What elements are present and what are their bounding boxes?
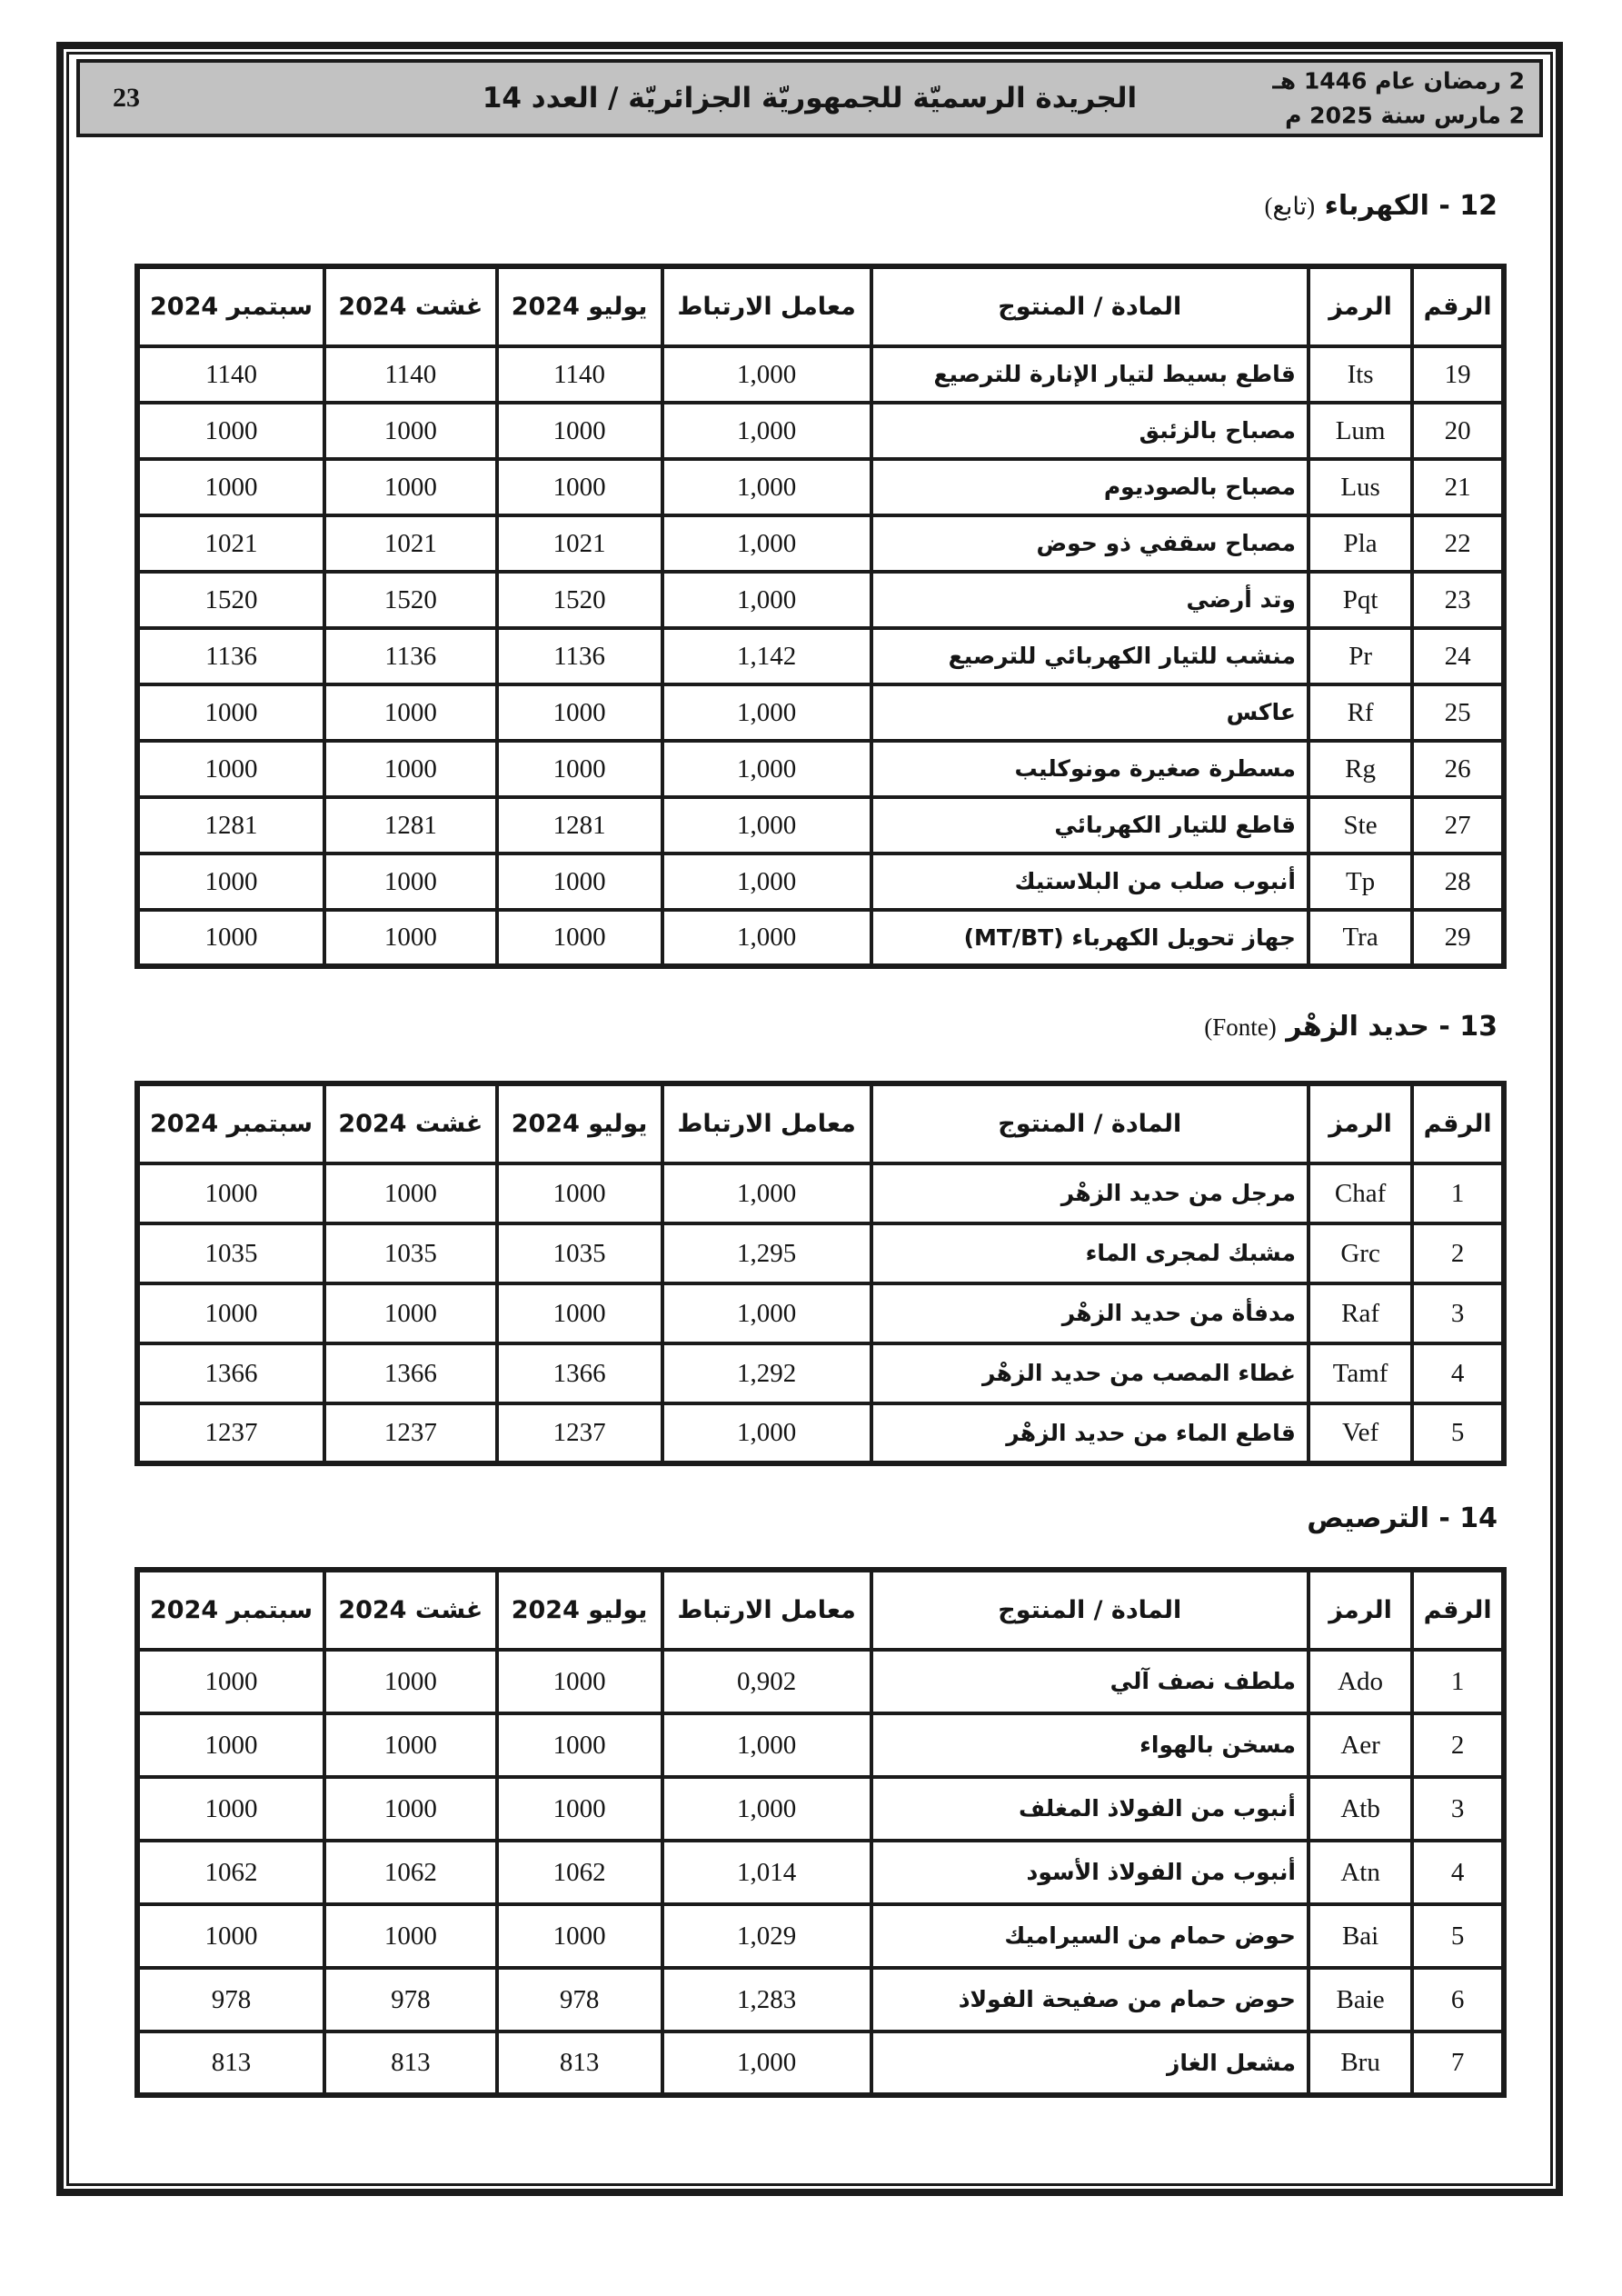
cell-july: 1000 <box>497 684 662 741</box>
cell-september: 1062 <box>137 1841 324 1904</box>
cell-september: 1000 <box>137 1904 324 1968</box>
cell-july: 1140 <box>497 346 662 403</box>
col-header-august: غشت 2024 <box>324 266 497 346</box>
cell-july: 1281 <box>497 797 662 854</box>
cell-september: 1366 <box>137 1343 324 1403</box>
table-row: 1Chafمرجل من حديد الزهْر1,00010001000100… <box>137 1163 1504 1223</box>
col-header-product: المادة / المنتوج <box>871 266 1309 346</box>
table-row: 21Lusمصباح بالصوديوم1,000100010001000 <box>137 459 1504 515</box>
cell-number: 29 <box>1412 910 1504 966</box>
cell-code: Pr <box>1309 628 1412 684</box>
cell-product: مسخن بالهواء <box>871 1713 1309 1777</box>
table-row: 22Plaمصباح سقفي ذو حوض1,000102110211021 <box>137 515 1504 572</box>
cell-coefficient: 1,000 <box>662 2031 871 2095</box>
col-header-product: المادة / المنتوج <box>871 1083 1309 1163</box>
col-header-number: الرقم <box>1412 1570 1504 1650</box>
journal-title: الجريدة الرسميّة للجمهوريّة الجزائريّة /… <box>483 82 1137 115</box>
table-body: 19Itsقاطع بسيط لتيار الإنارة للترصيع1,00… <box>137 346 1504 966</box>
section-title-suffix: (تابع) <box>1265 193 1316 220</box>
cell-august: 1000 <box>324 1283 497 1343</box>
cell-code: Chaf <box>1309 1163 1412 1223</box>
cell-august: 1000 <box>324 1777 497 1841</box>
section-title-suffix: (Fonte) <box>1204 1013 1277 1041</box>
col-header-coefficient: معامل الارتباط <box>662 1570 871 1650</box>
cell-code: Tamf <box>1309 1343 1412 1403</box>
table-header-row: الرقم الرمز المادة / المنتوج معامل الارت… <box>137 1083 1504 1163</box>
cell-september: 1000 <box>137 684 324 741</box>
cell-product: قاطع بسيط لتيار الإنارة للترصيع <box>871 346 1309 403</box>
cell-september: 978 <box>137 1968 324 2031</box>
cell-product: أنبوب من الفولاذ المغلف <box>871 1777 1309 1841</box>
col-header-september: سبتمبر 2024 <box>137 1083 324 1163</box>
cell-august: 1281 <box>324 797 497 854</box>
cell-code: Baie <box>1309 1968 1412 2031</box>
cell-august: 1021 <box>324 515 497 572</box>
cell-product: مشبك لمجرى الماء <box>871 1223 1309 1283</box>
cell-code: Ste <box>1309 797 1412 854</box>
cell-number: 3 <box>1412 1283 1504 1343</box>
cell-august: 1136 <box>324 628 497 684</box>
table-row: 27Steقاطع للتيار الكهربائي1,000128112811… <box>137 797 1504 854</box>
col-header-code: الرمز <box>1309 1570 1412 1650</box>
table-row: 5Baiحوض حمام من السيراميك1,0291000100010… <box>137 1904 1504 1968</box>
cell-coefficient: 1,000 <box>662 797 871 854</box>
section-title-text: 12 - الكهرباء <box>1325 190 1498 222</box>
col-header-code: الرمز <box>1309 1083 1412 1163</box>
col-header-august: غشت 2024 <box>324 1570 497 1650</box>
cell-august: 813 <box>324 2031 497 2095</box>
page-number: 23 <box>113 83 140 114</box>
cell-july: 1000 <box>497 1904 662 1968</box>
cell-coefficient: 1,000 <box>662 1403 871 1463</box>
cell-september: 1520 <box>137 572 324 628</box>
cell-july: 1000 <box>497 854 662 910</box>
table-body: 1Adoملطف نصف آلي0,9021000100010002Aerمسخ… <box>137 1650 1504 2095</box>
table-header-row: الرقم الرمز المادة / المنتوج معامل الارت… <box>137 266 1504 346</box>
cell-september: 1140 <box>137 346 324 403</box>
cell-number: 6 <box>1412 1968 1504 2031</box>
cell-september: 1000 <box>137 1163 324 1223</box>
cell-product: مصباح بالصوديوم <box>871 459 1309 515</box>
cell-number: 5 <box>1412 1403 1504 1463</box>
cell-september: 1000 <box>137 1713 324 1777</box>
col-header-september: سبتمبر 2024 <box>137 1570 324 1650</box>
cell-september: 1000 <box>137 1777 324 1841</box>
cell-product: عاكس <box>871 684 1309 741</box>
col-header-number: الرقم <box>1412 266 1504 346</box>
cell-august: 1000 <box>324 1713 497 1777</box>
cell-coefficient: 1,000 <box>662 684 871 741</box>
cell-september: 1021 <box>137 515 324 572</box>
cell-number: 26 <box>1412 741 1504 797</box>
cell-number: 28 <box>1412 854 1504 910</box>
cell-number: 5 <box>1412 1904 1504 1968</box>
cell-code: Atn <box>1309 1841 1412 1904</box>
cell-august: 1366 <box>324 1343 497 1403</box>
cell-july: 1366 <box>497 1343 662 1403</box>
cell-coefficient: 1,295 <box>662 1223 871 1283</box>
cell-code: Ado <box>1309 1650 1412 1713</box>
gazette-page: { "header": { "page_number": "23", "titl… <box>0 0 1622 2296</box>
cell-coefficient: 0,902 <box>662 1650 871 1713</box>
cell-number: 4 <box>1412 1343 1504 1403</box>
section-title-text: 13 - حديد الزهْر <box>1286 1011 1498 1043</box>
cell-september: 1237 <box>137 1403 324 1463</box>
cell-code: Raf <box>1309 1283 1412 1343</box>
cell-august: 1000 <box>324 1904 497 1968</box>
table-row: 28Tpأنبوب صلب من البلاستيك1,000100010001… <box>137 854 1504 910</box>
cell-august: 1000 <box>324 854 497 910</box>
cell-coefficient: 1,000 <box>662 459 871 515</box>
cell-july: 1000 <box>497 1283 662 1343</box>
cell-product: مصباح سقفي ذو حوض <box>871 515 1309 572</box>
cell-number: 3 <box>1412 1777 1504 1841</box>
section-title-text: 14 - الترصيص <box>1307 1502 1498 1534</box>
cell-product: منشب للتيار الكهربائي للترصيع <box>871 628 1309 684</box>
cell-august: 1000 <box>324 1163 497 1223</box>
cell-code: Tp <box>1309 854 1412 910</box>
date-hijri: 2 رمضان عام 1446 هـ <box>1272 65 1525 99</box>
cell-september: 1000 <box>137 910 324 966</box>
cell-july: 1021 <box>497 515 662 572</box>
col-header-code: الرمز <box>1309 266 1412 346</box>
col-header-product: المادة / المنتوج <box>871 1570 1309 1650</box>
cell-product: مرجل من حديد الزهْر <box>871 1163 1309 1223</box>
table-row: 3Atbأنبوب من الفولاذ المغلف1,00010001000… <box>137 1777 1504 1841</box>
cell-coefficient: 1,000 <box>662 854 871 910</box>
cell-july: 1000 <box>497 1650 662 1713</box>
page-frame: 23 الجريدة الرسميّة للجمهوريّة الجزائريّ… <box>56 42 1563 2196</box>
cell-number: 27 <box>1412 797 1504 854</box>
table-body: 1Chafمرجل من حديد الزهْر1,00010001000100… <box>137 1163 1504 1463</box>
cell-product: قاطع الماء من حديد الزهْر <box>871 1403 1309 1463</box>
cell-july: 1062 <box>497 1841 662 1904</box>
section-title-cast-iron: 13 - حديد الزهْر (Fonte) <box>134 1011 1498 1043</box>
table-row: 24Prمنشب للتيار الكهربائي للترصيع1,14211… <box>137 628 1504 684</box>
cell-july: 1000 <box>497 741 662 797</box>
cell-july: 813 <box>497 2031 662 2095</box>
cell-code: Rg <box>1309 741 1412 797</box>
page-inner-frame: 23 الجريدة الرسميّة للجمهوريّة الجزائريّ… <box>66 52 1553 2186</box>
table-row: 25Rfعاكس1,000100010001000 <box>137 684 1504 741</box>
cell-coefficient: 1,000 <box>662 1163 871 1223</box>
table-row: 3Rafمدفأة من حديد الزهْر1,00010001000100… <box>137 1283 1504 1343</box>
cell-coefficient: 1,000 <box>662 1713 871 1777</box>
cell-number: 22 <box>1412 515 1504 572</box>
cell-number: 23 <box>1412 572 1504 628</box>
date-gregorian: 2 مارس سنة 2025 م <box>1272 98 1525 133</box>
cell-september: 1281 <box>137 797 324 854</box>
cell-code: Bru <box>1309 2031 1412 2095</box>
cell-code: Pqt <box>1309 572 1412 628</box>
cell-product: مصباح بالزئبق <box>871 403 1309 459</box>
cell-coefficient: 1,292 <box>662 1343 871 1403</box>
cell-july: 1136 <box>497 628 662 684</box>
cell-coefficient: 1,283 <box>662 1968 871 2031</box>
cell-july: 1000 <box>497 1163 662 1223</box>
cell-number: 7 <box>1412 2031 1504 2095</box>
cell-august: 1000 <box>324 403 497 459</box>
cell-august: 978 <box>324 1968 497 2031</box>
cell-code: Grc <box>1309 1223 1412 1283</box>
col-header-july: يوليو 2024 <box>497 266 662 346</box>
cell-number: 19 <box>1412 346 1504 403</box>
col-header-september: سبتمبر 2024 <box>137 266 324 346</box>
cell-product: مدفأة من حديد الزهْر <box>871 1283 1309 1343</box>
cell-number: 24 <box>1412 628 1504 684</box>
cell-coefficient: 1,000 <box>662 910 871 966</box>
cell-code: Bai <box>1309 1904 1412 1968</box>
cell-number: 1 <box>1412 1163 1504 1223</box>
cell-july: 1000 <box>497 1777 662 1841</box>
cell-august: 1000 <box>324 910 497 966</box>
cell-july: 1000 <box>497 403 662 459</box>
cell-product: ملطف نصف آلي <box>871 1650 1309 1713</box>
cell-code: Tra <box>1309 910 1412 966</box>
cell-july: 1000 <box>497 459 662 515</box>
cell-product: غطاء المصب من حديد الزهْر <box>871 1343 1309 1403</box>
table-row: 20Lumمصباح بالزئبق1,000100010001000 <box>137 403 1504 459</box>
cell-code: Atb <box>1309 1777 1412 1841</box>
table-row: 4Tamfغطاء المصب من حديد الزهْر1,29213661… <box>137 1343 1504 1403</box>
page-content: 12 - الكهرباء (تابع) الرقم الرمز المادة … <box>76 190 1543 2098</box>
table-row: 2Aerمسخن بالهواء1,000100010001000 <box>137 1713 1504 1777</box>
cell-coefficient: 1,000 <box>662 346 871 403</box>
cell-product: أنبوب صلب من البلاستيك <box>871 854 1309 910</box>
cell-july: 1000 <box>497 1713 662 1777</box>
cell-july: 1035 <box>497 1223 662 1283</box>
cell-august: 1237 <box>324 1403 497 1463</box>
cell-august: 1000 <box>324 684 497 741</box>
issue-dates: 2 رمضان عام 1446 هـ 2 مارس سنة 2025 م <box>1272 65 1525 133</box>
table-header-row: الرقم الرمز المادة / المنتوج معامل الارت… <box>137 1570 1504 1650</box>
table-row: 26Rgمسطرة صغيرة مونوكليب1,00010001000100… <box>137 741 1504 797</box>
section-title-plumbing: 14 - الترصيص <box>134 1502 1498 1534</box>
table-row: 29Traجهاز تحويل الكهرباء (MT/BT)1,000100… <box>137 910 1504 966</box>
cell-july: 1520 <box>497 572 662 628</box>
cell-september: 1000 <box>137 459 324 515</box>
table-row: 5Vefقاطع الماء من حديد الزهْر1,000123712… <box>137 1403 1504 1463</box>
col-header-july: يوليو 2024 <box>497 1570 662 1650</box>
cell-product: أنبوب من الفولاذ الأسود <box>871 1841 1309 1904</box>
cell-september: 1000 <box>137 403 324 459</box>
cell-product: حوض حمام من صفيحة الفولاذ <box>871 1968 1309 2031</box>
cell-july: 1237 <box>497 1403 662 1463</box>
cell-august: 1000 <box>324 741 497 797</box>
cell-code: Vef <box>1309 1403 1412 1463</box>
cell-september: 1000 <box>137 1650 324 1713</box>
cell-number: 21 <box>1412 459 1504 515</box>
cell-product: حوض حمام من السيراميك <box>871 1904 1309 1968</box>
plumbing-table: الرقم الرمز المادة / المنتوج معامل الارت… <box>134 1567 1507 2098</box>
cell-number: 2 <box>1412 1223 1504 1283</box>
cell-coefficient: 1,000 <box>662 572 871 628</box>
table-row: 1Adoملطف نصف آلي0,902100010001000 <box>137 1650 1504 1713</box>
cell-number: 20 <box>1412 403 1504 459</box>
table-row: 2Grcمشبك لمجرى الماء1,295103510351035 <box>137 1223 1504 1283</box>
cell-number: 4 <box>1412 1841 1504 1904</box>
cell-coefficient: 1,000 <box>662 1777 871 1841</box>
cell-august: 1000 <box>324 1650 497 1713</box>
cell-code: Lus <box>1309 459 1412 515</box>
cell-september: 1035 <box>137 1223 324 1283</box>
cell-number: 25 <box>1412 684 1504 741</box>
col-header-coefficient: معامل الارتباط <box>662 266 871 346</box>
col-header-july: يوليو 2024 <box>497 1083 662 1163</box>
cell-product: مسطرة صغيرة مونوكليب <box>871 741 1309 797</box>
cell-coefficient: 1,000 <box>662 515 871 572</box>
page-header-band: 23 الجريدة الرسميّة للجمهوريّة الجزائريّ… <box>76 59 1543 137</box>
cell-code: Pla <box>1309 515 1412 572</box>
table-row: 7Bruمشعل الغاز1,000813813813 <box>137 2031 1504 2095</box>
cell-coefficient: 1,000 <box>662 403 871 459</box>
cell-coefficient: 1,029 <box>662 1904 871 1968</box>
cell-product: مشعل الغاز <box>871 2031 1309 2095</box>
electricity-table: الرقم الرمز المادة / المنتوج معامل الارت… <box>134 264 1507 969</box>
table-row: 23Pqtوتد أرضي1,000152015201520 <box>137 572 1504 628</box>
cell-code: Its <box>1309 346 1412 403</box>
cell-code: Lum <box>1309 403 1412 459</box>
section-title-electricity: 12 - الكهرباء (تابع) <box>134 190 1498 222</box>
cell-august: 1520 <box>324 572 497 628</box>
cell-number: 1 <box>1412 1650 1504 1713</box>
cell-product: قاطع للتيار الكهربائي <box>871 797 1309 854</box>
table-row: 19Itsقاطع بسيط لتيار الإنارة للترصيع1,00… <box>137 346 1504 403</box>
cell-july: 978 <box>497 1968 662 2031</box>
col-header-number: الرقم <box>1412 1083 1504 1163</box>
cell-coefficient: 1,014 <box>662 1841 871 1904</box>
cell-august: 1000 <box>324 459 497 515</box>
cell-coefficient: 1,142 <box>662 628 871 684</box>
cell-september: 1000 <box>137 1283 324 1343</box>
cell-september: 1000 <box>137 741 324 797</box>
cell-august: 1062 <box>324 1841 497 1904</box>
cell-code: Aer <box>1309 1713 1412 1777</box>
col-header-coefficient: معامل الارتباط <box>662 1083 871 1163</box>
table-row: 4Atnأنبوب من الفولاذ الأسود1,01410621062… <box>137 1841 1504 1904</box>
cast-iron-table: الرقم الرمز المادة / المنتوج معامل الارت… <box>134 1081 1507 1466</box>
cell-product: جهاز تحويل الكهرباء (MT/BT) <box>871 910 1309 966</box>
cell-september: 1136 <box>137 628 324 684</box>
cell-september: 1000 <box>137 854 324 910</box>
cell-august: 1035 <box>324 1223 497 1283</box>
cell-september: 813 <box>137 2031 324 2095</box>
table-row: 6Baieحوض حمام من صفيحة الفولاذ1,28397897… <box>137 1968 1504 2031</box>
cell-july: 1000 <box>497 910 662 966</box>
cell-product: وتد أرضي <box>871 572 1309 628</box>
cell-coefficient: 1,000 <box>662 1283 871 1343</box>
col-header-august: غشت 2024 <box>324 1083 497 1163</box>
cell-august: 1140 <box>324 346 497 403</box>
cell-number: 2 <box>1412 1713 1504 1777</box>
cell-coefficient: 1,000 <box>662 741 871 797</box>
cell-code: Rf <box>1309 684 1412 741</box>
